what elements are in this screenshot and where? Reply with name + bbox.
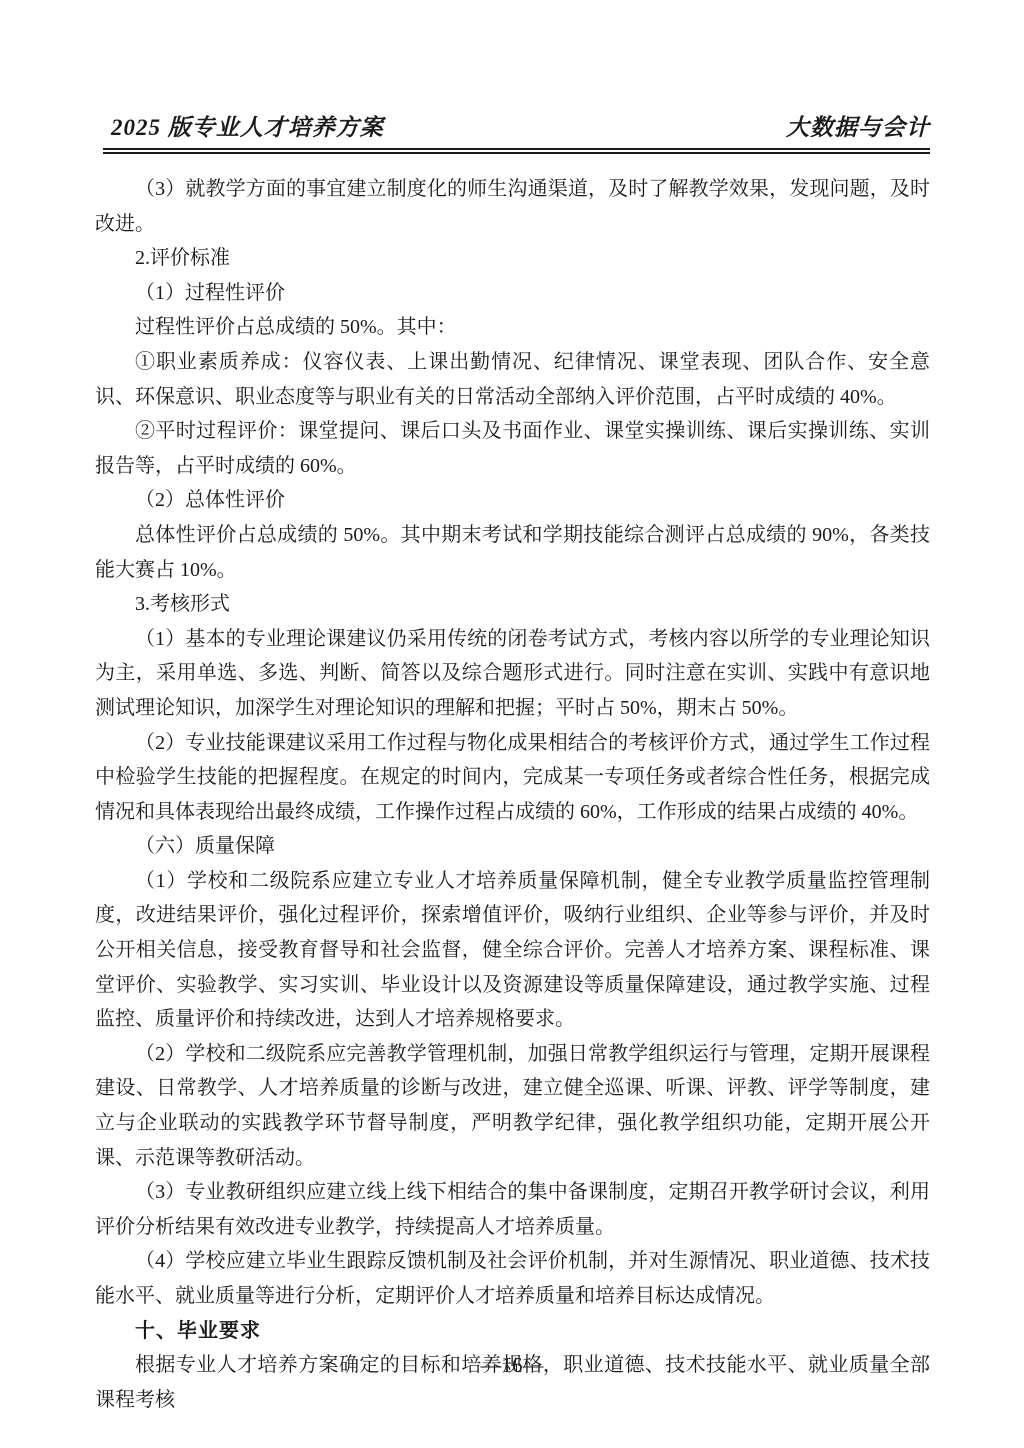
section-heading: 十、毕业要求 xyxy=(95,1314,930,1349)
header-left-title: 2025 版专业人才培养方案 xyxy=(103,112,384,144)
paragraph: （2）专业技能课建议采用工作过程与物化成果相结合的考核评价方式，通过学生工作过程… xyxy=(95,726,930,830)
paragraph: （六）质量保障 xyxy=(95,829,930,864)
paragraph: （3）专业教研组织应建立线上线下相结合的集中备课制度，定期召开教学研讨会议，利用… xyxy=(95,1175,930,1244)
paragraph: （3）就教学方面的事宜建立制度化的师生沟通渠道，及时了解教学效果，发现问题，及时… xyxy=(95,172,930,241)
paragraph: ②平时过程评价：课堂提问、课后口头及书面作业、课堂实操训练、课后实操训练、实训报… xyxy=(95,414,930,483)
paragraph: 总体性评价占总成绩的 50%。其中期末考试和学期技能综合测评占总成绩的 90%，… xyxy=(95,518,930,587)
page-number: —16— xyxy=(0,1351,1024,1379)
paragraph: （1）基本的专业理论课建议仍采用传统的闭卷考试方式，考核内容以所学的专业理论知识… xyxy=(95,622,930,726)
header-right-title: 大数据与会计 xyxy=(786,112,930,144)
paragraph: 过程性评价占总成绩的 50%。其中： xyxy=(95,310,930,345)
document-body: （3）就教学方面的事宜建立制度化的师生沟通渠道，及时了解教学效果，发现问题，及时… xyxy=(95,172,930,1417)
header-double-rule xyxy=(103,148,930,154)
paragraph: （4）学校应建立毕业生跟踪反馈机制及社会评价机制，并对生源情况、职业道德、技术技… xyxy=(95,1244,930,1313)
paragraph: （1）过程性评价 xyxy=(95,276,930,311)
paragraph: （1）学校和二级院系应建立专业人才培养质量保障机制，健全专业教学质量监控管理制度… xyxy=(95,864,930,1037)
page-header: 2025 版专业人才培养方案 大数据与会计 xyxy=(103,112,930,144)
paragraph: （2）学校和二级院系应完善教学管理机制，加强日常教学组织运行与管理，定期开展课程… xyxy=(95,1037,930,1175)
paragraph: 2.评价标准 xyxy=(95,241,930,276)
paragraph: （2）总体性评价 xyxy=(95,483,930,518)
paragraph: ①职业素质养成：仪容仪表、上课出勤情况、纪律情况、课堂表现、团队合作、安全意识、… xyxy=(95,345,930,414)
paragraph: 3.考核形式 xyxy=(95,587,930,622)
document-page: 2025 版专业人才培养方案 大数据与会计 （3）就教学方面的事宜建立制度化的师… xyxy=(0,0,1024,1448)
